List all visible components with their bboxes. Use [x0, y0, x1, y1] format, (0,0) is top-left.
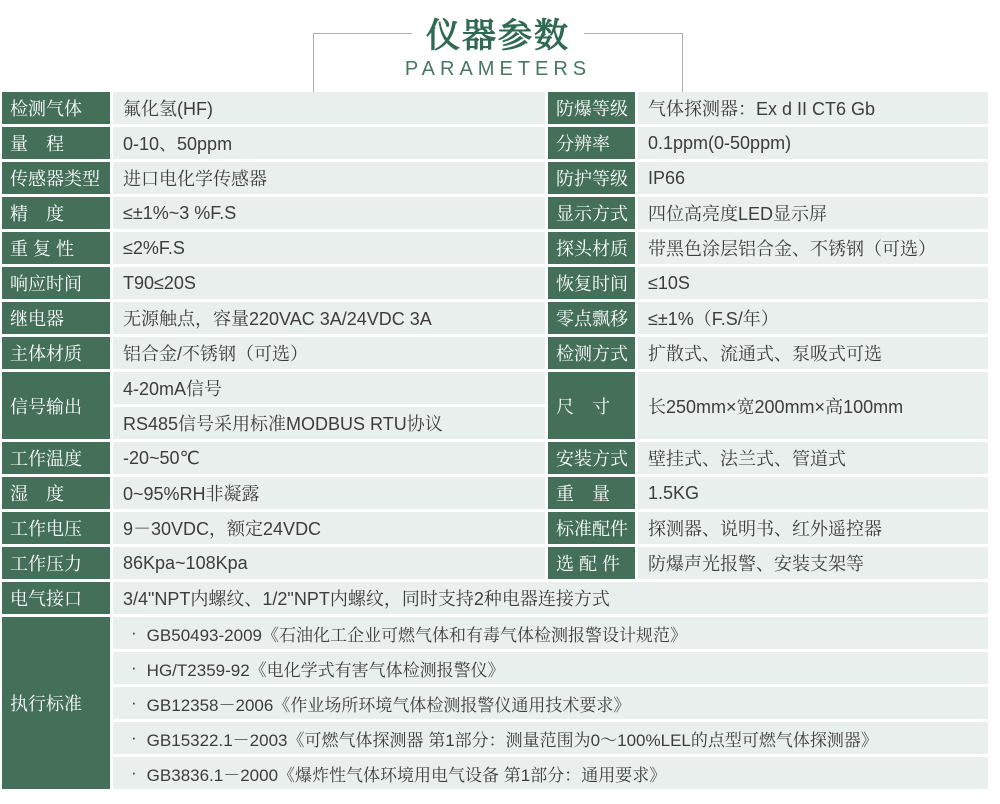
label-zero-drift: 零点飘移 — [548, 302, 635, 334]
label-optional-accessories: 选 配 件 — [548, 547, 635, 579]
label-detection-mode: 检测方式 — [548, 337, 635, 369]
label-repeatability: 重 复 性 — [2, 232, 110, 264]
title-frame: 仪器参数 PARAMETERS — [313, 33, 683, 92]
label-working-pressure: 工作压力 — [2, 547, 110, 579]
label-display-mode: 显示方式 — [548, 197, 635, 229]
page-subtitle: PARAMETERS — [314, 58, 682, 81]
value-signal-output-1: 4-20mA信号 — [113, 372, 545, 404]
value-electrical-interface: 3/4"NPT内螺纹、1/2"NPT内螺纹，同时支持2种电器连接方式 — [113, 582, 988, 614]
value-resolution: 0.1ppm(0-50ppm) — [638, 127, 988, 159]
value-sensor-type: 进口电化学传感器 — [113, 162, 545, 194]
value-explosion-proof-grade: 气体探测器：Ex d II CT6 Gb — [638, 92, 988, 124]
label-humidity: 湿 度 — [2, 477, 110, 509]
value-protection-grade: IP66 — [638, 162, 988, 194]
value-recovery-time: ≤10S — [638, 267, 988, 299]
value-dimensions: 长250mm×宽200mm×高100mm — [638, 372, 988, 439]
value-repeatability: ≤2%F.S — [113, 232, 545, 264]
label-body-material: 主体材质 — [2, 337, 110, 369]
page: 仪器参数 PARAMETERS 检测气体 氟化氢(HF) 防爆等级 气体探测器：… — [0, 0, 1000, 804]
label-response-time: 响应时间 — [2, 267, 110, 299]
label-standards: 执行标准 — [2, 617, 110, 789]
value-display-mode: 四位高亮度LED显示屏 — [638, 197, 988, 229]
standard-item: HG/T2359-92《电化学式有害气体检测报警仪》 — [113, 652, 988, 684]
label-weight: 重 量 — [548, 477, 635, 509]
label-protection-grade: 防护等级 — [548, 162, 635, 194]
label-working-voltage: 工作电压 — [2, 512, 110, 544]
value-signal-output-2: RS485信号采用标准MODBUS RTU协议 — [113, 407, 545, 439]
label-accuracy: 精 度 — [2, 197, 110, 229]
value-zero-drift: ≤±1%（F.S/年） — [638, 302, 988, 334]
value-working-temperature: -20~50℃ — [113, 442, 545, 474]
standard-item: GB50493-2009《石油化工企业可燃气体和有毒气体检测报警设计规范》 — [113, 617, 988, 649]
value-humidity: 0~95%RH非凝露 — [113, 477, 545, 509]
value-working-voltage: 9－30VDC，额定24VDC — [113, 512, 545, 544]
label-working-temperature: 工作温度 — [2, 442, 110, 474]
label-dimensions: 尺 寸 — [548, 372, 635, 439]
value-probe-material: 带黑色涂层铝合金、不锈钢（可选） — [638, 232, 988, 264]
label-probe-material: 探头材质 — [548, 232, 635, 264]
value-standard-accessories: 探测器、说明书、红外遥控器 — [638, 512, 988, 544]
value-range: 0-10、50ppm — [113, 127, 545, 159]
value-installation-mode: 壁挂式、法兰式、管道式 — [638, 442, 988, 474]
value-body-material: 铝合金/不锈钢（可选） — [113, 337, 545, 369]
label-resolution: 分辨率 — [548, 127, 635, 159]
value-detected-gas: 氟化氢(HF) — [113, 92, 545, 124]
page-title: 仪器参数 — [412, 8, 584, 57]
label-standard-accessories: 标准配件 — [548, 512, 635, 544]
label-recovery-time: 恢复时间 — [548, 267, 635, 299]
standard-item: GB15322.1－2003《可燃气体探测器 第1部分：测量范围为0～100%L… — [113, 722, 988, 754]
label-range: 量 程 — [2, 127, 110, 159]
value-working-pressure: 86Kpa~108Kpa — [113, 547, 545, 579]
value-response-time: T90≤20S — [113, 267, 545, 299]
value-detection-mode: 扩散式、流通式、泵吸式可选 — [638, 337, 988, 369]
value-accuracy: ≤±1%~3 %F.S — [113, 197, 545, 229]
label-sensor-type: 传感器类型 — [2, 162, 110, 194]
label-detected-gas: 检测气体 — [2, 92, 110, 124]
value-relay: 无源触点，容量220VAC 3A/24VDC 3A — [113, 302, 545, 334]
spec-table: 检测气体 氟化氢(HF) 防爆等级 气体探测器：Ex d II CT6 Gb 量… — [2, 92, 988, 789]
label-signal-output: 信号输出 — [2, 372, 110, 439]
label-installation-mode: 安装方式 — [548, 442, 635, 474]
standard-item: GB12358－2006《作业场所环境气体检测报警仪通用技术要求》 — [113, 687, 988, 719]
standard-item: GB3836.1－2000《爆炸性气体环境用电气设备 第1部分：通用要求》 — [113, 757, 988, 789]
value-weight: 1.5KG — [638, 477, 988, 509]
label-electrical-interface: 电气接口 — [2, 582, 110, 614]
label-relay: 继电器 — [2, 302, 110, 334]
value-optional-accessories: 防爆声光报警、安装支架等 — [638, 547, 988, 579]
label-explosion-proof-grade: 防爆等级 — [548, 92, 635, 124]
